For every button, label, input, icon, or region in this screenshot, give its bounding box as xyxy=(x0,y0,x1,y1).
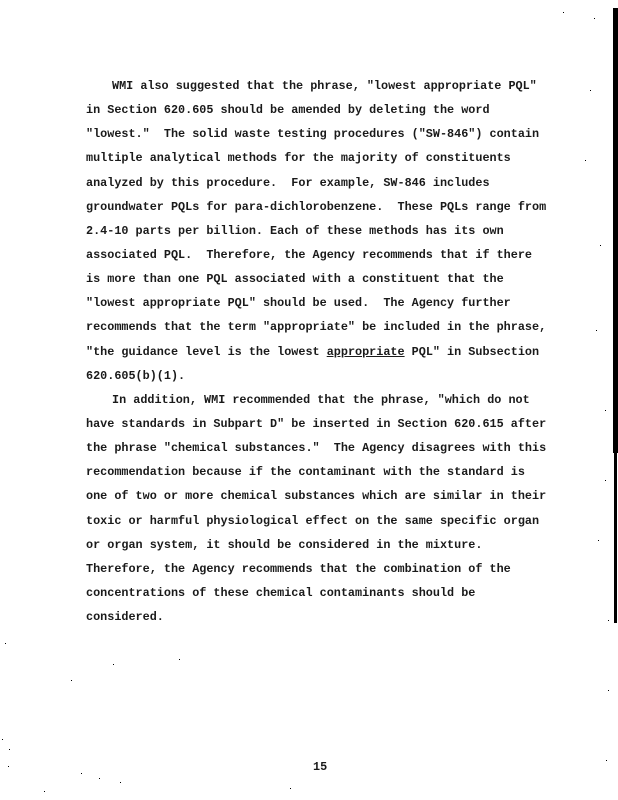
scan-speck xyxy=(608,620,609,621)
scan-speck xyxy=(598,540,599,541)
paragraph-2: In addition, WMI recommended that the ph… xyxy=(86,392,566,633)
text-line: "lowest." The solid waste testing proced… xyxy=(86,126,566,150)
scan-speck xyxy=(44,791,45,792)
text-line: recommends that the term "appropriate" b… xyxy=(86,319,566,343)
scan-speck xyxy=(120,782,121,783)
scan-speck xyxy=(605,480,606,481)
scan-speck xyxy=(605,410,606,411)
scan-speck xyxy=(600,245,601,246)
text-line: one of two or more chemical substances w… xyxy=(86,488,566,512)
scan-speck xyxy=(5,643,6,644)
page-number: 15 xyxy=(313,760,327,774)
text-line: 2.4-10 parts per billion. Each of these … xyxy=(86,223,566,247)
scan-speck xyxy=(590,90,591,91)
text-line: WMI also suggested that the phrase, "low… xyxy=(86,78,566,102)
scan-speck xyxy=(606,760,607,761)
scan-speck xyxy=(71,680,72,681)
scan-speck xyxy=(179,659,180,660)
text-line: concentrations of these chemical contami… xyxy=(86,585,566,609)
scan-speck xyxy=(290,788,291,789)
text-line: recommendation because if the contaminan… xyxy=(86,464,566,488)
text-line: Therefore, the Agency recommends that th… xyxy=(86,561,566,585)
scan-speck xyxy=(99,778,100,779)
scan-speck xyxy=(2,739,3,740)
text-line: multiple analytical methods for the majo… xyxy=(86,150,566,174)
text-line: "lowest appropriate PQL" should be used.… xyxy=(86,295,566,319)
text-line: In addition, WMI recommended that the ph… xyxy=(86,392,566,416)
text-line: is more than one PQL associated with a c… xyxy=(86,271,566,295)
scan-edge-shadow-thin xyxy=(614,453,617,623)
scan-speck xyxy=(113,664,114,665)
scan-speck xyxy=(8,766,9,767)
text-line: analyzed by this procedure. For example,… xyxy=(86,175,566,199)
text-segment: PQL" in Subsection xyxy=(405,345,540,359)
underlined-word: appropriate xyxy=(327,345,405,359)
text-line: toxic or harmful physiological effect on… xyxy=(86,513,566,537)
scan-speck xyxy=(596,330,597,331)
paragraph-1: WMI also suggested that the phrase, "low… xyxy=(86,78,566,392)
document-page: WMI also suggested that the phrase, "low… xyxy=(0,0,618,800)
text-line-with-underline: "the guidance level is the lowest approp… xyxy=(86,344,566,368)
text-line: the phrase "chemical substances." The Ag… xyxy=(86,440,566,464)
text-line: in Section 620.605 should be amended by … xyxy=(86,102,566,126)
text-line: associated PQL. Therefore, the Agency re… xyxy=(86,247,566,271)
body-text: WMI also suggested that the phrase, "low… xyxy=(86,78,566,633)
scan-speck xyxy=(9,749,10,750)
text-line: have standards in Subpart D" be inserted… xyxy=(86,416,566,440)
scan-speck xyxy=(81,773,82,774)
scan-speck xyxy=(594,18,595,19)
text-line: 620.605(b)(1). xyxy=(86,368,566,392)
text-line: considered. xyxy=(86,609,566,633)
scan-speck xyxy=(585,160,586,161)
text-segment: "the guidance level is the lowest xyxy=(86,345,327,359)
scan-speck xyxy=(563,12,564,13)
scan-edge-shadow xyxy=(613,8,618,453)
scan-speck xyxy=(608,690,609,691)
text-line: groundwater PQLs for para-dichlorobenzen… xyxy=(86,199,566,223)
text-line: or organ system, it should be considered… xyxy=(86,537,566,561)
